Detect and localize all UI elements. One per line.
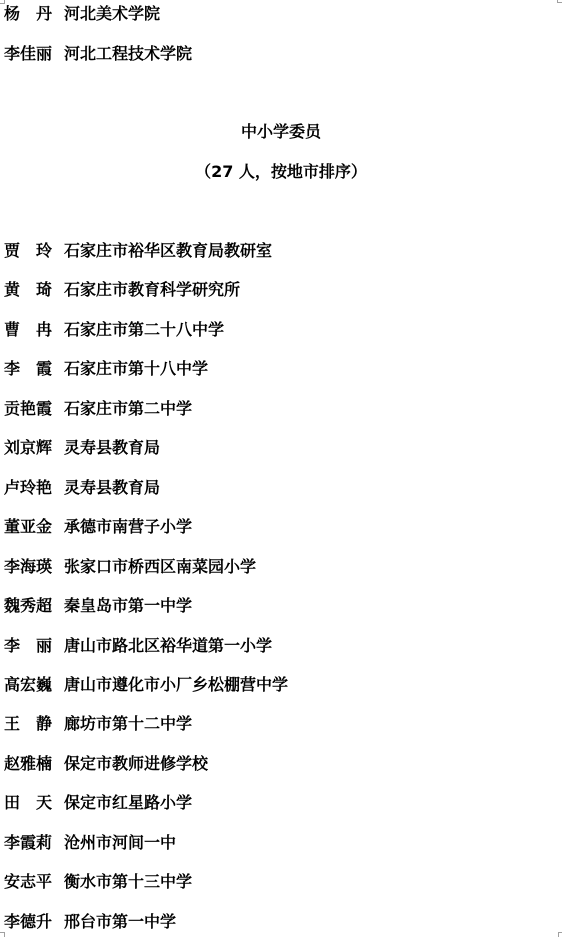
member-name-char: 李 [4,633,20,656]
member-organization: 张家口市桥西区南菜园小学 [64,554,256,577]
member-organization: 石家庄市第二十八中学 [64,317,224,340]
member-name-char: 魏 [4,593,20,616]
member-name-char: 艳 [20,396,36,419]
list-item: 安志平衡水市第十三中学 [4,869,192,891]
member-name-char: 刘 [4,435,20,458]
member-name-char: 金 [36,514,52,537]
member-name-char: 安 [4,869,20,892]
member-organization: 沧州市河间一中 [64,830,176,853]
member-organization: 石家庄市第十八中学 [64,356,208,379]
member-name-char: 丽 [36,633,52,656]
member-organization: 灵寿县教育局 [64,475,160,498]
member-name-char: 莉 [36,830,52,853]
member-name-char: 天 [36,790,52,813]
member-organization: 保定市红星路小学 [64,790,192,813]
list-item: 王静廊坊市第十二中学 [4,711,192,733]
member-name-char: 德 [20,909,36,932]
member-name: 贡艳霞 [4,396,52,419]
list-item: 魏秀超秦皇岛市第一中学 [4,593,192,615]
member-name-char: 李 [4,41,20,64]
member-name: 李德升 [4,909,52,932]
member-name-char: 董 [4,514,20,537]
member-name-char: 超 [36,593,52,616]
member-name: 李霞 [4,356,52,379]
member-name: 李海瑛 [4,554,52,577]
member-name-char: 琦 [36,277,52,300]
member-name-char: 曹 [4,317,20,340]
member-name-char: 丽 [36,41,52,64]
member-name-char: 李 [4,830,20,853]
member-organization: 河北工程技术学院 [64,41,192,64]
member-organization: 唐山市路北区裕华道第一小学 [64,633,272,656]
member-name-char: 田 [4,790,20,813]
member-organization: 灵寿县教育局 [64,435,160,458]
member-name: 赵雅楠 [4,751,52,774]
list-item: 董亚金承德市南营子小学 [4,514,192,536]
member-name-char: 秀 [20,593,36,616]
member-name-char: 冉 [36,317,52,340]
member-organization: 承德市南营子小学 [64,514,192,537]
member-organization: 衡水市第十三中学 [64,869,192,892]
member-organization: 唐山市遵化市小厂乡松棚营中学 [64,672,288,695]
list-item: 李丽唐山市路北区裕华道第一小学 [4,633,272,655]
member-organization: 石家庄市第二中学 [64,396,192,419]
list-item: 贡艳霞石家庄市第二中学 [4,396,192,418]
member-name-char: 瑛 [36,554,52,577]
list-item: 赵雅楠保定市教师进修学校 [4,751,208,773]
member-name: 黄琦 [4,277,52,300]
member-name: 曹冉 [4,317,52,340]
member-name-char: 玲 [20,475,36,498]
member-name-char: 静 [36,711,52,734]
member-name-char: 贾 [4,238,20,261]
list-item: 李霞石家庄市第十八中学 [4,356,208,378]
member-name: 安志平 [4,869,52,892]
member-organization: 保定市教师进修学校 [64,751,208,774]
member-name-char: 京 [20,435,36,458]
member-organization: 石家庄市裕华区教育局教研室 [64,238,272,261]
member-name-char: 升 [36,909,52,932]
list-item: 田天保定市红星路小学 [4,790,192,812]
member-name: 王静 [4,711,52,734]
list-item: 黄琦石家庄市教育科学研究所 [4,277,240,299]
page-corner-mark-top-right [557,0,562,3]
section-subtitle: （27 人，按地市排序） [0,159,562,182]
member-name-char: 志 [20,869,36,892]
list-item: 贾玲石家庄市裕华区教育局教研室 [4,238,272,260]
member-organization: 河北美术学院 [64,1,160,24]
member-name-char: 李 [4,909,20,932]
member-name-char: 亚 [20,514,36,537]
member-name: 高宏巍 [4,672,52,695]
member-name-char: 巍 [36,672,52,695]
member-name: 李霞莉 [4,830,52,853]
member-name-char: 海 [20,554,36,577]
list-item: 高宏巍唐山市遵化市小厂乡松棚营中学 [4,672,288,694]
member-name-char: 艳 [36,475,52,498]
page-corner-mark-bottom-right [558,932,562,937]
member-organization: 邢台市第一中学 [64,909,176,932]
member-name-char: 宏 [20,672,36,695]
member-name: 卢玲艳 [4,475,52,498]
member-name: 杨丹 [4,1,52,24]
member-name-char: 赵 [4,751,20,774]
member-name-char: 丹 [36,1,52,24]
member-name-char: 玲 [36,238,52,261]
member-organization: 石家庄市教育科学研究所 [64,277,240,300]
member-name-char: 王 [4,711,20,734]
member-name-char: 平 [36,869,52,892]
list-item: 刘京辉灵寿县教育局 [4,435,160,457]
member-name-char: 霞 [36,396,52,419]
member-name: 李佳丽 [4,41,52,64]
member-name-char: 楠 [36,751,52,774]
member-name: 刘京辉 [4,435,52,458]
member-name: 董亚金 [4,514,52,537]
list-item: 卢玲艳灵寿县教育局 [4,475,160,497]
page-corner-mark-bottom-left [0,932,5,937]
member-name-char: 李 [4,356,20,379]
member-name-char: 卢 [4,475,20,498]
member-name-char: 雅 [20,751,36,774]
member-name: 田天 [4,790,52,813]
member-name-char: 贡 [4,396,20,419]
list-item: 李佳丽河北工程技术学院 [4,41,192,63]
list-item: 李霞莉沧州市河间一中 [4,830,176,852]
member-name-char: 霞 [36,356,52,379]
member-organization: 廊坊市第十二中学 [64,711,192,734]
list-item: 李海瑛张家口市桥西区南菜园小学 [4,554,256,576]
member-name: 李丽 [4,633,52,656]
list-item: 杨丹河北美术学院 [4,1,160,23]
member-name: 贾玲 [4,238,52,261]
member-name-char: 辉 [36,435,52,458]
list-item: 曹冉石家庄市第二十八中学 [4,317,224,339]
member-name-char: 杨 [4,1,20,24]
member-organization: 秦皇岛市第一中学 [64,593,192,616]
member-name-char: 霞 [20,830,36,853]
section-title: 中小学委员 [0,119,562,142]
list-item: 李德升邢台市第一中学 [4,909,176,931]
member-name-char: 李 [4,554,20,577]
member-name: 魏秀超 [4,593,52,616]
member-name-char: 佳 [20,41,36,64]
member-name-char: 高 [4,672,20,695]
member-name-char: 黄 [4,277,20,300]
